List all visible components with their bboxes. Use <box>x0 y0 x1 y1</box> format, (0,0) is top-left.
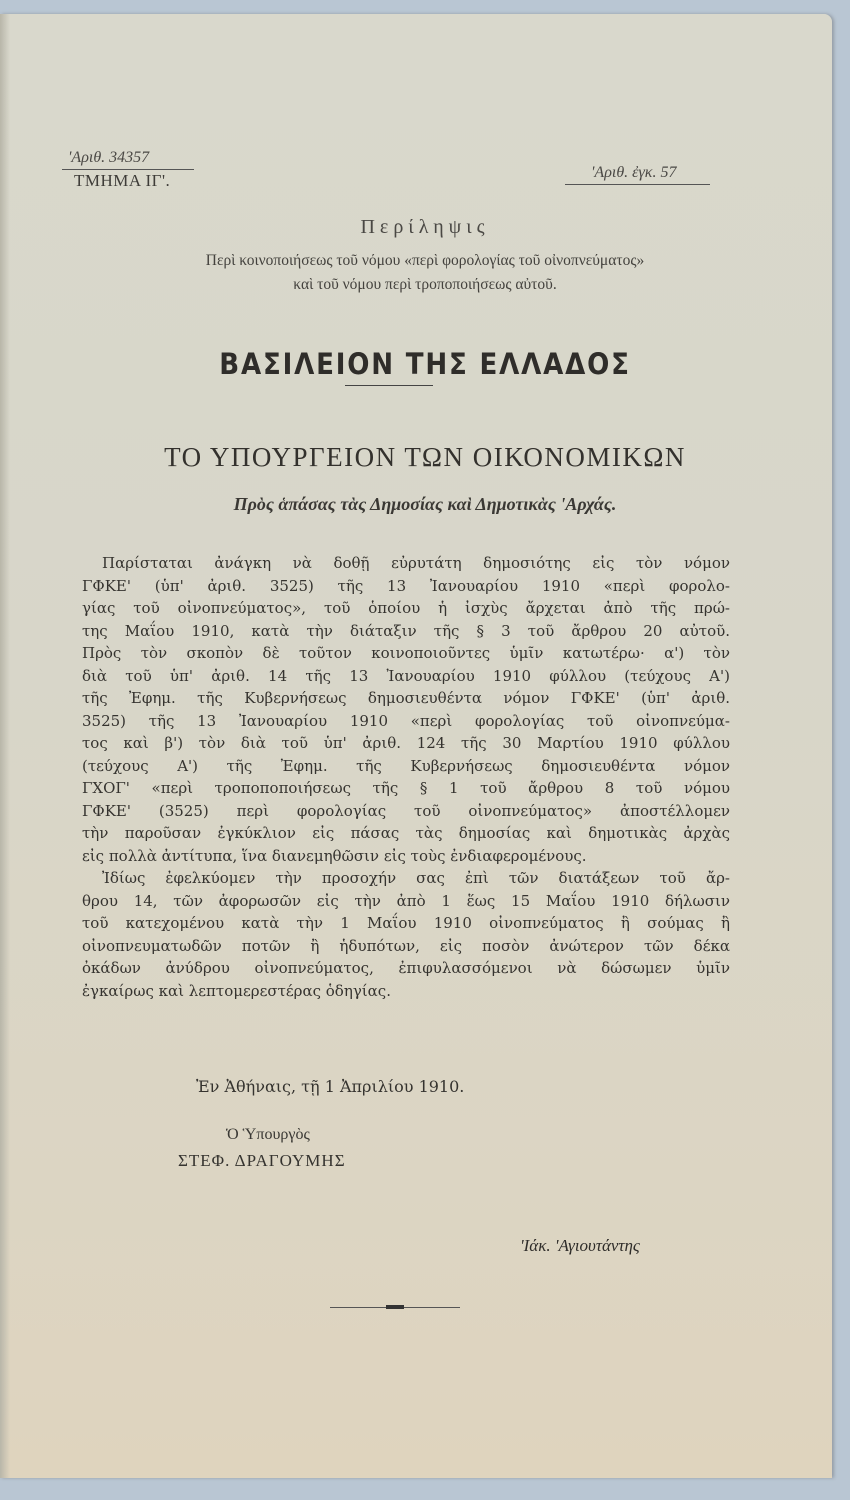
kingdom-heading: ΒΑΣΙΛΕΙΟΝ ΤΗΣ ΕΛΛΑΔΟΣ <box>43 347 808 381</box>
header-left: 'Αριθ. 34357 ΤΜΗΜΑ ΙΓ'. <box>62 149 194 191</box>
body-line: Πρὸς τὸν σκοπὸν δὲ τοῦτον κοινοποιοῦντες… <box>82 642 730 665</box>
divider <box>345 385 433 386</box>
body-line: τὴν παροῦσαν ἐγκύκλιον εἰς πάσας τὰς δημ… <box>82 822 730 845</box>
ornamental-divider <box>330 1307 460 1308</box>
summary-line: καὶ τοῦ νόμου περὶ τροποποιήσεως αὐτοῦ. <box>0 276 850 294</box>
reference-number: 'Αριθ. 34357 <box>62 149 194 167</box>
header-rule <box>565 184 710 185</box>
body-line: γίας τοῦ οἰνοπνεύματος», τοῦ ὁποίου ἡ ἰσ… <box>82 597 730 620</box>
body-line: ΓΦΚΕ' (ὑπ' ἀριθ. 3525) τῆς 13 Ἰανουαρίου… <box>82 575 730 598</box>
summary-title: Περίληψις <box>0 216 850 239</box>
body-line: Παρίσταται ἀνάγκη νὰ δοθῇ εὐρυτάτη δημοσ… <box>82 552 730 575</box>
ministry-heading: ΤΟ ΥΠΟΥΡΓΕΙΟΝ ΤΩΝ ΟΙΚΟΝΟΜΙΚΩΝ <box>0 442 850 473</box>
addressee-line: Πρὸς ἁπάσας τὰς Δημοσίας καὶ Δημοτικὰς '… <box>0 494 850 515</box>
body-line: θρου 14, τῶν ἀφορωσῶν εἰς τὴν ἀπὸ 1 ἕως … <box>82 890 730 913</box>
body-line: ἐγκαίρως καὶ λεπτομερεστέρας ὁδηγίας. <box>82 980 730 1003</box>
signature: 'Ιάκ. 'Αγιουτάντης <box>520 1236 640 1256</box>
body-line: Ἰδίως ἐφελκύομεν τὴν προσοχήν σας ἐπὶ τῶ… <box>82 867 730 890</box>
body-line: (τεύχους Α') τῆς Ἐφημ. τῆς Κυβερνήσεως δ… <box>82 755 730 778</box>
body-line: τος καὶ β') τὸν διὰ τοῦ ὑπ' ἀριθ. 124 τῆ… <box>82 732 730 755</box>
body-line: της Μαΐου 1910, κατὰ τὴν διάταξιν τῆς § … <box>82 620 730 643</box>
summary-line: Περὶ κοινοποιήσεως τοῦ νόμου «περὶ φορολ… <box>0 252 850 270</box>
body-line: ὀκάδων ἀνύδρου οἰνοπνεύματος, ἐπιφυλασσό… <box>82 957 730 980</box>
document-page: 'Αριθ. 34357 ΤΜΗΜΑ ΙΓ'. 'Αριθ. ἐγκ. 57 Π… <box>0 14 832 1478</box>
header-right: 'Αριθ. ἐγκ. 57 <box>565 164 710 185</box>
body-line: ΓΦΚΕ' (3525) περὶ φορολογίας τοῦ οἰνοπνε… <box>82 800 730 823</box>
body-line: διὰ τοῦ ὑπ' ἀριθ. 14 τῆς 13 Ἰανουαρίου 1… <box>82 665 730 688</box>
body-line: τοῦ κατεχομένου κατὰ τὴν 1 Μαΐου 1910 οἰ… <box>82 912 730 935</box>
body-text: Παρίσταται ἀνάγκη νὰ δοθῇ εὐρυτάτη δημοσ… <box>82 552 730 1002</box>
header-rule <box>62 169 194 170</box>
minister-title: Ὁ Ὑπουργὸς <box>226 1126 310 1144</box>
body-line: οἰνοπνευματωδῶν ποτῶν ἢ ἡδυπότων, εἰς πο… <box>82 935 730 958</box>
body-line: ΓΧΟΓ' «περὶ τροποποποιήσεως τῆς § 1 τοῦ … <box>82 777 730 800</box>
dateline: Ἐν Ἀθήναις, τῇ 1 Ἀπριλίου 1910. <box>196 1077 464 1096</box>
divider-ornament <box>386 1305 404 1309</box>
section-label: ΤΜΗΜΑ ΙΓ'. <box>62 171 194 191</box>
circular-number: 'Αριθ. ἐγκ. 57 <box>565 164 710 182</box>
body-line: εἰς πολλὰ ἀντίτυπα, ἵνα διανεμηθῶσιν εἰς… <box>82 845 730 868</box>
minister-name: ΣΤΕΦ. ΔΡΑΓΟΥΜΗΣ <box>178 1151 346 1171</box>
body-line: τῆς Ἐφημ. τῆς Κυβερνήσεως δημοσιευθέντα … <box>82 687 730 710</box>
body-line: 3525) τῆς 13 Ἰανουαρίου 1910 «περὶ φορολ… <box>82 710 730 733</box>
